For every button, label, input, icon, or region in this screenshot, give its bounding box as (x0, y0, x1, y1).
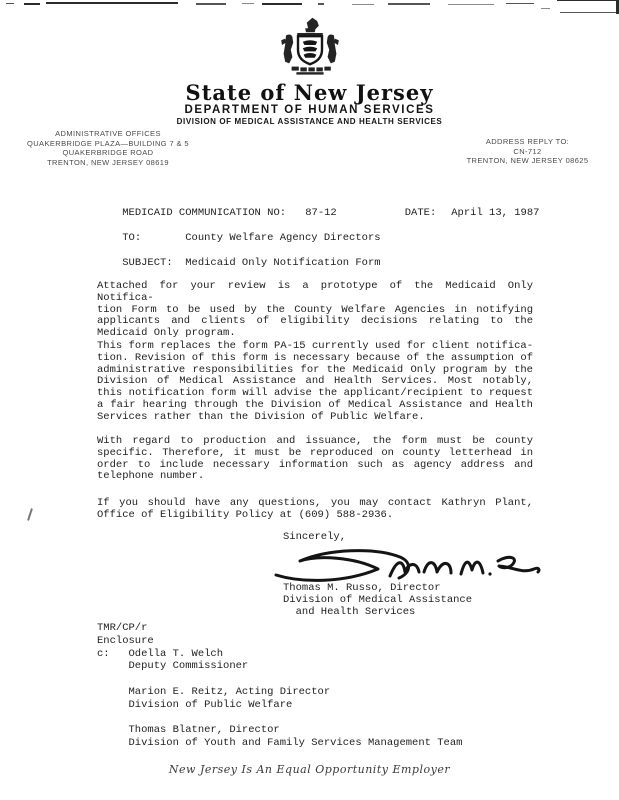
cc-spacer (97, 712, 462, 725)
body-line: a fair hearing through the Division of M… (97, 400, 533, 412)
reply-address-block: ADDRESS REPLY TO: CN-712 TRENTON, NEW JE… (440, 137, 615, 166)
office-address-line: QUAKERBRIDGE PLAZA—BUILDING 7 & 5 (8, 139, 208, 149)
scan-artifact (6, 3, 14, 4)
equal-opportunity-tagline: New Jersey Is An Equal Opportunity Emplo… (0, 763, 619, 776)
reference-initials: TMR/CP/r (97, 622, 462, 635)
to-value: County Welfare Agency Directors (185, 232, 380, 244)
scan-artifact (27, 508, 33, 521)
cc-entry: c: Odella T. Welch (97, 648, 462, 661)
body-line: Medicaid Only program. (97, 328, 533, 340)
subject-label: SUBJECT: (122, 258, 185, 270)
reply-address-line: TRENTON, NEW JERSEY 08625 (440, 156, 615, 166)
scan-artifact (541, 8, 550, 9)
scan-artifact (318, 3, 324, 5)
body-line: tion. Revision of this form is necessary… (97, 353, 533, 365)
scan-artifact (560, 12, 619, 13)
scan-artifact (262, 3, 302, 5)
division-title: DIVISION OF MEDICAL ASSISTANCE AND HEALT… (0, 117, 619, 126)
salutation: Sincerely, (283, 532, 346, 544)
office-address-line: QUAKERBRIDGE ROAD (8, 148, 208, 158)
body-line: telephone number. (97, 471, 533, 483)
signer-division: Division of Medical Assistance (283, 594, 472, 606)
signer-name: Thomas M. Russo, Director (283, 582, 472, 594)
cc-entry: Division of Public Welfare (97, 699, 462, 712)
scan-artifact (24, 3, 40, 5)
subject-value: Medicaid Only Notification Form (185, 257, 380, 269)
signer-block: Thomas M. Russo, Director Division of Me… (283, 582, 472, 618)
letter-page: State of New Jersey DEPARTMENT OF HUMAN … (0, 0, 619, 800)
state-title: State of New Jersey (0, 80, 619, 105)
reply-address-line: CN-712 (440, 147, 615, 157)
cc-entry: Division of Youth and Family Services Ma… (97, 737, 462, 750)
scan-artifact (242, 3, 254, 4)
date-label: DATE: (405, 208, 437, 220)
scan-artifact (196, 3, 226, 5)
cc-block: TMR/CP/r Enclosure c: Odella T. Welch De… (97, 622, 462, 750)
cc-entry: Thomas Blatner, Director (97, 724, 462, 737)
communication-number-label: MEDICAID COMMUNICATION NO: (122, 208, 305, 220)
to-label: TO: (122, 233, 185, 245)
date-value: April 13, 1987 (451, 207, 539, 219)
paragraph-3: With regard to production and issuance, … (97, 436, 533, 483)
office-address-block: ADMINISTRATIVE OFFICES QUAKERBRIDGE PLAZ… (8, 129, 208, 167)
body-line: Services rather than the Division of Pub… (97, 412, 533, 424)
scan-artifact (506, 3, 534, 4)
scan-artifact (448, 4, 494, 5)
paragraph-4: If you should have any questions, you ma… (97, 498, 533, 522)
body-line: Attached for your review is a prototype … (97, 281, 533, 305)
paragraph-1: Attached for your review is a prototype … (97, 281, 533, 340)
signer-division: and Health Services (283, 606, 472, 618)
scan-artifact (388, 3, 430, 5)
department-title: DEPARTMENT OF HUMAN SERVICES (0, 104, 619, 116)
scan-artifact (557, 0, 619, 1)
cc-spacer (97, 673, 462, 686)
scan-artifact (352, 4, 374, 5)
body-line: specific. Therefore, it must be reproduc… (97, 448, 533, 460)
reply-address-line: ADDRESS REPLY TO: (440, 137, 615, 147)
scan-artifact (46, 2, 178, 4)
office-address-line: TRENTON, NEW JERSEY 08619 (8, 158, 208, 168)
cc-entry: Marion E. Reitz, Acting Director (97, 686, 462, 699)
enclosure-note: Enclosure (97, 635, 462, 648)
new-jersey-state-seal-icon (270, 16, 350, 82)
body-line: Office of Eligibility Policy at (609) 58… (97, 510, 533, 522)
communication-number-value: 87-12 (305, 207, 337, 219)
paragraph-2: This form replaces the form PA-15 curren… (97, 341, 533, 424)
cc-entry: Deputy Commissioner (97, 660, 462, 673)
office-address-line: ADMINISTRATIVE OFFICES (8, 129, 208, 139)
subject-row: SUBJECT:Medicaid Only Notification Form (97, 246, 557, 281)
